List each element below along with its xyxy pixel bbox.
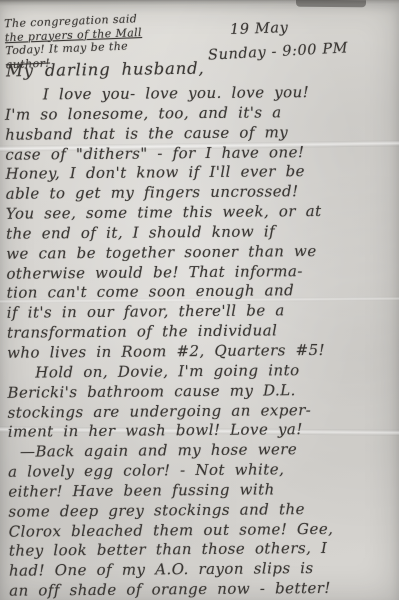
date-block: 19 May Sunday - 9:00 PM [208,20,348,60]
salutation: My darling husband, [6,59,205,81]
date-time: Sunday - 9:00 PM [208,40,349,63]
date-day: 19 May [230,18,349,38]
letter-line: an off shade of orange now - better! [9,578,397,600]
scan-edge-smudge [296,0,366,7]
letter-scan: The congregation said the prayers of the… [0,0,399,600]
letter-body: I love you- love you. love you! I'm so l… [5,82,397,600]
